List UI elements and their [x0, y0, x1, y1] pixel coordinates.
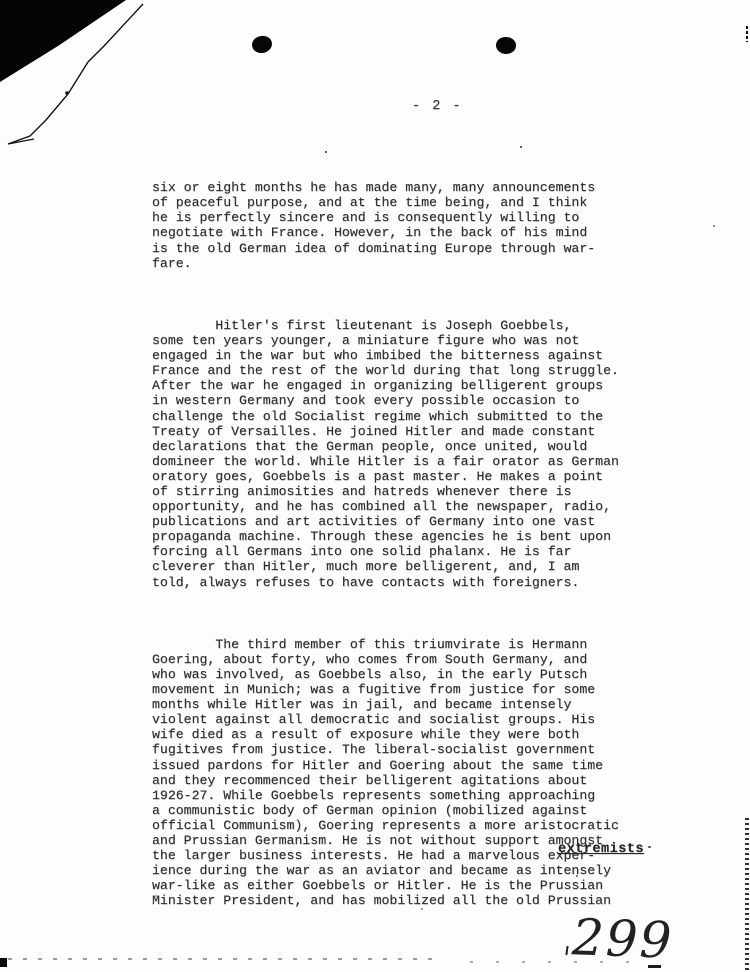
speck-artifact [648, 846, 651, 848]
document-page: - 2 - six or eight months he has made ma… [0, 0, 750, 972]
speck-artifact [325, 151, 327, 153]
catchword: extremists [558, 842, 644, 857]
speck-artifact [713, 225, 715, 227]
folded-corner-artifact [0, 0, 220, 170]
body-text: six or eight months he has made many, ma… [152, 150, 652, 956]
speck-artifact [421, 908, 423, 910]
speck-artifact [155, 895, 157, 897]
scan-edge-tick-artifact [746, 26, 748, 42]
paragraph-1: six or eight months he has made many, ma… [152, 180, 652, 271]
scan-edge-artifact [745, 818, 749, 972]
page-number: - 2 - [412, 99, 463, 114]
paragraph-3: The third member of this triumvirate is … [152, 637, 652, 909]
bottom-dash-artifact [648, 965, 661, 968]
speckle-line-artifact [8, 958, 438, 960]
speckle-line-artifact-2 [470, 961, 650, 963]
speck-artifact [520, 146, 522, 148]
hole-punch-mark-right [495, 36, 516, 55]
speck-artifact [576, 875, 578, 877]
hole-punch-mark-left [251, 35, 273, 55]
corner-dot-artifact [0, 958, 7, 967]
paragraph-2: Hitler's first lieutenant is Joseph Goeb… [152, 318, 652, 590]
